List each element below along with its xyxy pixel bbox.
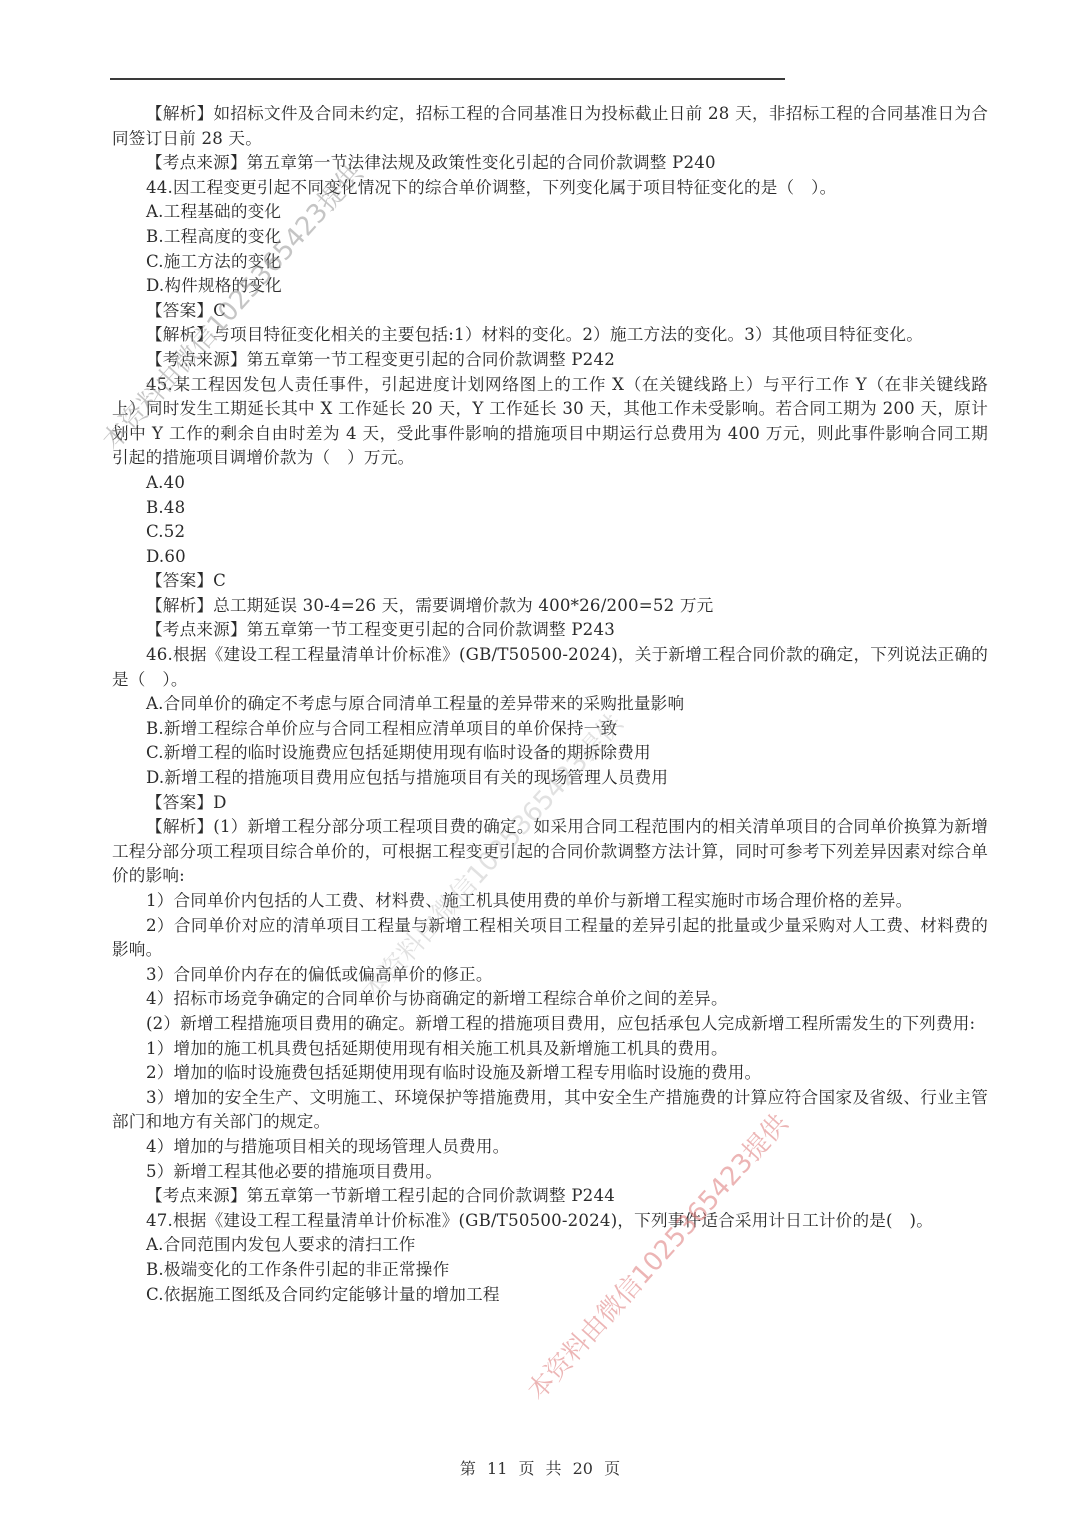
q46-option-b: B.新增工程综合单价应与合同工程相应清单项目的单价保持一致 [112, 717, 988, 742]
q44-question: 44.因工程变更引起不同变化情况下的综合单价调整，下列变化属于项目特征变化的是（… [112, 176, 988, 201]
q46-analysis-part2-item-4: 4）增加的与措施项目相关的现场管理人员费用。 [112, 1135, 988, 1160]
q47-option-c: C.依据施工图纸及合同约定能够计量的增加工程 [112, 1283, 988, 1308]
q45-option-b: B.48 [112, 496, 988, 521]
q44-answer: 【答案】C [112, 299, 988, 324]
q46-analysis-item-1: 1）合同单价内包括的人工费、材料费、施工机具使用费的单价与新增工程实施时市场合理… [112, 889, 988, 914]
q46-answer: 【答案】D [112, 791, 988, 816]
q44-analysis: 【解析】与项目特征变化相关的主要包括:1）材料的变化。2）施工方法的变化。3）其… [112, 323, 988, 348]
q43-source: 【考点来源】第五章第一节法律法规及政策性变化引起的合同价款调整 P240 [112, 151, 988, 176]
q44-source: 【考点来源】第五章第一节工程变更引起的合同价款调整 P242 [112, 348, 988, 373]
q46-option-c: C.新增工程的临时设施费应包括延期使用现有临时设备的期拆除费用 [112, 741, 988, 766]
q45-question: 45.某工程因发包人责任事件，引起进度计划网络图上的工作 X（在关键线路上）与平… [112, 373, 988, 471]
q47-option-b: B.极端变化的工作条件引起的非正常操作 [112, 1258, 988, 1283]
q45-option-c: C.52 [112, 520, 988, 545]
q44-option-a: A.工程基础的变化 [112, 200, 988, 225]
q46-analysis-item-2: 2）合同单价对应的清单项目工程量与新增工程相关项目工程量的差异引起的批量或少量采… [112, 914, 988, 963]
q46-analysis-part1: 【解析】(1）新增工程分部分项工程项目费的确定。如采用合同工程范围内的相关清单项… [112, 815, 988, 889]
q46-analysis-item-3: 3）合同单价内存在的偏低或偏高单价的修正。 [112, 963, 988, 988]
q46-analysis-part2-item-1: 1）增加的施工机具费包括延期使用现有相关施工机具及新增施工机具的费用。 [112, 1037, 988, 1062]
document-body: 【解析】如招标文件及合同未约定，招标工程的合同基准日为投标截止日前 28 天，非… [112, 102, 988, 1307]
q46-option-a: A.合同单价的确定不考虑与原合同清单工程量的差异带来的采购批量影响 [112, 692, 988, 717]
q43-analysis: 【解析】如招标文件及合同未约定，招标工程的合同基准日为投标截止日前 28 天，非… [112, 102, 988, 151]
q46-option-d: D.新增工程的措施项目费用应包括与措施项目有关的现场管理人员费用 [112, 766, 988, 791]
q46-analysis-part2-item-2: 2）增加的临时设施费包括延期使用现有临时设施及新增工程专用临时设施的费用。 [112, 1061, 988, 1086]
q44-option-c: C.施工方法的变化 [112, 250, 988, 275]
page-number: 第 11 页 共 20 页 [0, 1456, 1080, 1479]
q46-analysis-part2-item-5: 5）新增工程其他必要的措施项目费用。 [112, 1160, 988, 1185]
q46-source: 【考点来源】第五章第一节新增工程引起的合同价款调整 P244 [112, 1184, 988, 1209]
q46-analysis-item-4: 4）招标市场竞争确定的合同单价与协商确定的新增工程综合单价之间的差异。 [112, 987, 988, 1012]
q44-option-b: B.工程高度的变化 [112, 225, 988, 250]
q45-option-d: D.60 [112, 545, 988, 570]
q46-analysis-part2-item-3: 3）增加的安全生产、文明施工、环境保护等措施费用，其中安全生产措施费的计算应符合… [112, 1086, 988, 1135]
q46-analysis-part2: (2）新增工程措施项目费用的确定。新增工程的措施项目费用，应包括承包人完成新增工… [112, 1012, 988, 1037]
q45-source: 【考点来源】第五章第一节工程变更引起的合同价款调整 P243 [112, 618, 988, 643]
q47-option-a: A.合同范围内发包人要求的清扫工作 [112, 1233, 988, 1258]
q45-analysis: 【解析】总工期延误 30-4=26 天，需要调增价款为 400*26/200=5… [112, 594, 988, 619]
q45-answer: 【答案】C [112, 569, 988, 594]
q47-question: 47.根据《建设工程工程量清单计价标准》(GB/T50500-2024)，下列事… [112, 1209, 988, 1234]
q45-option-a: A.40 [112, 471, 988, 496]
header-rule [110, 78, 785, 80]
q44-option-d: D.构件规格的变化 [112, 274, 988, 299]
q46-question: 46.根据《建设工程工程量清单计价标准》(GB/T50500-2024)，关于新… [112, 643, 988, 692]
